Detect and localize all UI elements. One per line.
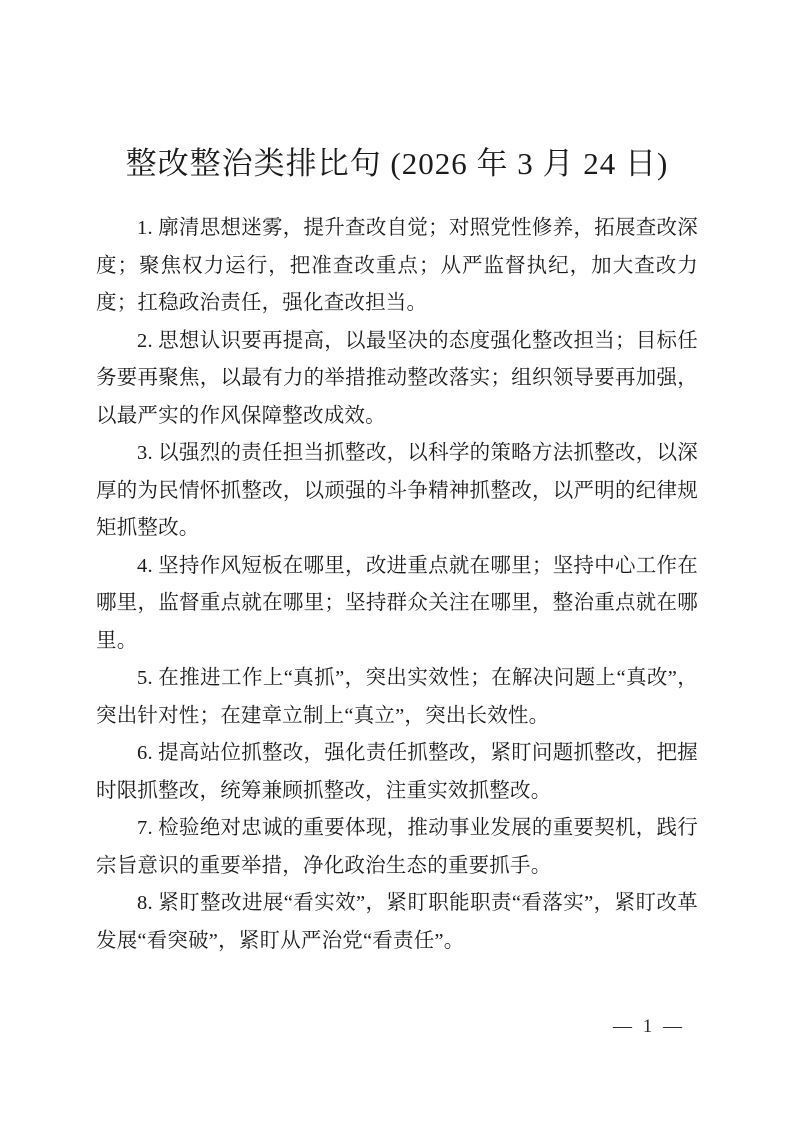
paragraph-4: 4. 坚持作风短板在哪里，改进重点就在哪里；坚持中心工作在哪里，监督重点就在哪里… [96,548,698,661]
document-title: 整改整治类排比句 (2026 年 3 月 24 日) [96,144,698,184]
document-body: 1. 廓清思想迷雾，提升查改自觉；对照党性修养，拓展查改深度；聚焦权力运行，把准… [96,210,698,960]
page-number: — 1 — [613,1016,685,1038]
paragraph-7: 7. 检验绝对忠诚的重要体现，推动事业发展的重要契机，践行宗旨意识的重要举措，净… [96,810,698,885]
paragraph-2: 2. 思想认识要再提高，以最坚决的态度强化整改担当；目标任务要再聚焦，以最有力的… [96,323,698,436]
document-page: 整改整治类排比句 (2026 年 3 月 24 日) 1. 廓清思想迷雾，提升查… [0,0,793,1122]
paragraph-1: 1. 廓清思想迷雾，提升查改自觉；对照党性修养，拓展查改深度；聚焦权力运行，把准… [96,210,698,323]
paragraph-5: 5. 在推进工作上“真抓”，突出实效性；在解决问题上“真改”，突出针对性；在建章… [96,660,698,735]
paragraph-6: 6. 提高站位抓整改，强化责任抓整改，紧盯问题抓整改，把握时限抓整改，统筹兼顾抓… [96,735,698,810]
paragraph-8: 8. 紧盯整改进展“看实效”，紧盯职能职责“看落实”，紧盯改革发展“看突破”，紧… [96,885,698,960]
paragraph-3: 3. 以强烈的责任担当抓整改，以科学的策略方法抓整改，以深厚的为民情怀抓整改，以… [96,435,698,548]
